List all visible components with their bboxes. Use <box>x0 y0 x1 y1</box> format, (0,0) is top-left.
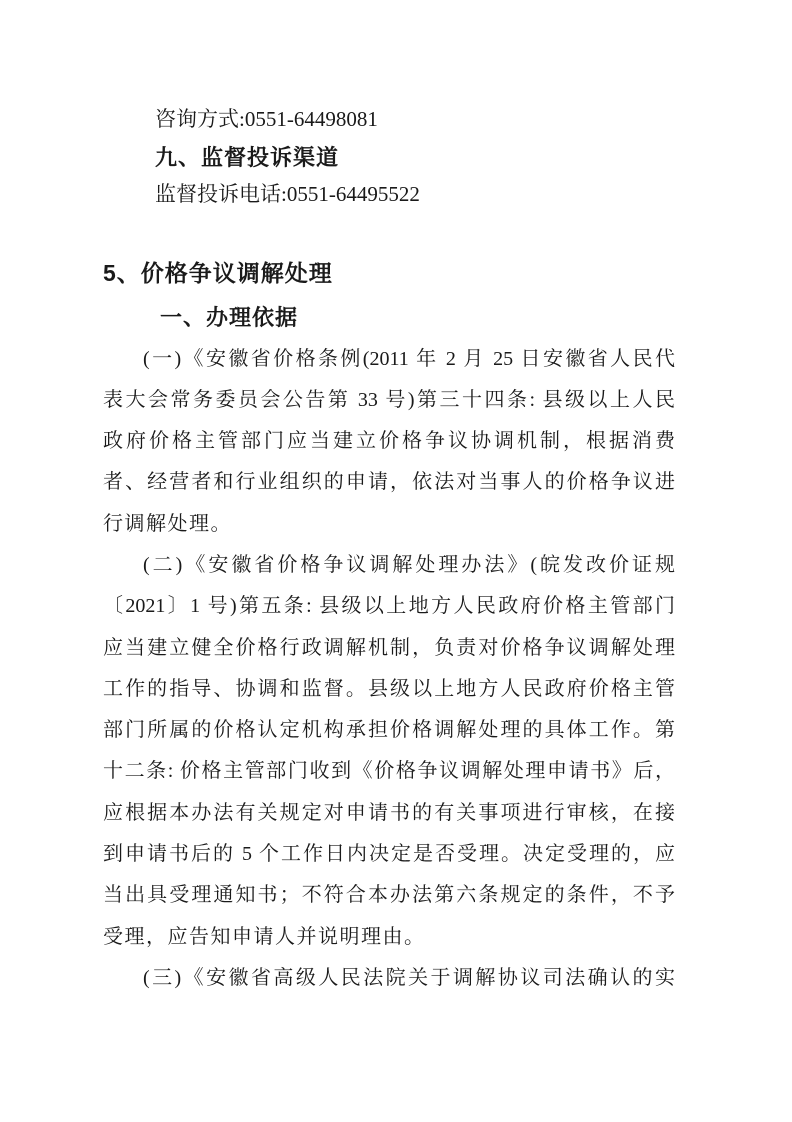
paragraph-line: (三)《安徽省高级人民法院关于调解协议司法确认的实 <box>103 958 675 999</box>
paragraph-line: 十二条: 价格主管部门收到《价格争议调解处理申请书》后， <box>103 751 675 792</box>
paragraph-line: 到申请书后的 5 个工作日内决定是否受理。决定受理的，应 <box>103 834 675 875</box>
paragraph-line: 受理，应告知申请人并说明理由。 <box>103 917 675 958</box>
consult-phone-line: 咨询方式:0551-64498081 <box>103 101 675 139</box>
paragraph-basis-2: (二)《安徽省价格争议调解处理办法》(皖发改价证规〔2021〕1 号)第五条: … <box>103 545 675 958</box>
paragraph-basis-3: (三)《安徽省高级人民法院关于调解协议司法确认的实 <box>103 958 675 999</box>
paragraph-line: 当出具受理通知书；不符合本办法第六条规定的条件，不予 <box>103 875 675 916</box>
paragraph-line: 表大会常务委员会公告第 33 号)第三十四条: 县级以上人民 <box>103 380 675 421</box>
paragraphs-container: (一)《安徽省价格条例(2011 年 2 月 25 日安徽省人民代表大会常务委员… <box>103 339 675 1000</box>
paragraph-line: 者、经营者和行业组织的申请，依法对当事人的价格争议进 <box>103 462 675 503</box>
paragraph-line: 应当建立健全价格行政调解机制，负责对价格争议调解处理 <box>103 628 675 669</box>
subsection-title: 一、办理依据 <box>103 297 675 339</box>
document-page: 咨询方式:0551-64498081 九、监督投诉渠道 监督投诉电话:0551-… <box>0 0 792 1122</box>
paragraph-line: 〔2021〕1 号)第五条: 县级以上地方人民政府价格主管部门 <box>103 586 675 627</box>
supervision-channel-heading: 九、监督投诉渠道 <box>103 139 675 177</box>
paragraph-line: (二)《安徽省价格争议调解处理办法》(皖发改价证规 <box>103 545 675 586</box>
section-title: 5、价格争议调解处理 <box>103 249 675 297</box>
document-content: 咨询方式:0551-64498081 九、监督投诉渠道 监督投诉电话:0551-… <box>103 101 675 999</box>
blank-line-separator <box>103 214 675 249</box>
paragraph-line: 工作的指导、协调和监督。县级以上地方人民政府价格主管 <box>103 669 675 710</box>
paragraph-line: 行调解处理。 <box>103 504 675 545</box>
previous-section-tail: 咨询方式:0551-64498081 九、监督投诉渠道 监督投诉电话:0551-… <box>103 101 675 214</box>
supervision-phone-line: 监督投诉电话:0551-64495522 <box>103 176 675 214</box>
paragraph-line: 部门所属的价格认定机构承担价格调解处理的具体工作。第 <box>103 710 675 751</box>
paragraph-line: (一)《安徽省价格条例(2011 年 2 月 25 日安徽省人民代 <box>103 339 675 380</box>
paragraph-line: 政府价格主管部门应当建立价格争议协调机制，根据消费 <box>103 421 675 462</box>
paragraph-line: 应根据本办法有关规定对申请书的有关事项进行审核，在接 <box>103 793 675 834</box>
paragraph-basis-1: (一)《安徽省价格条例(2011 年 2 月 25 日安徽省人民代表大会常务委员… <box>103 339 675 545</box>
